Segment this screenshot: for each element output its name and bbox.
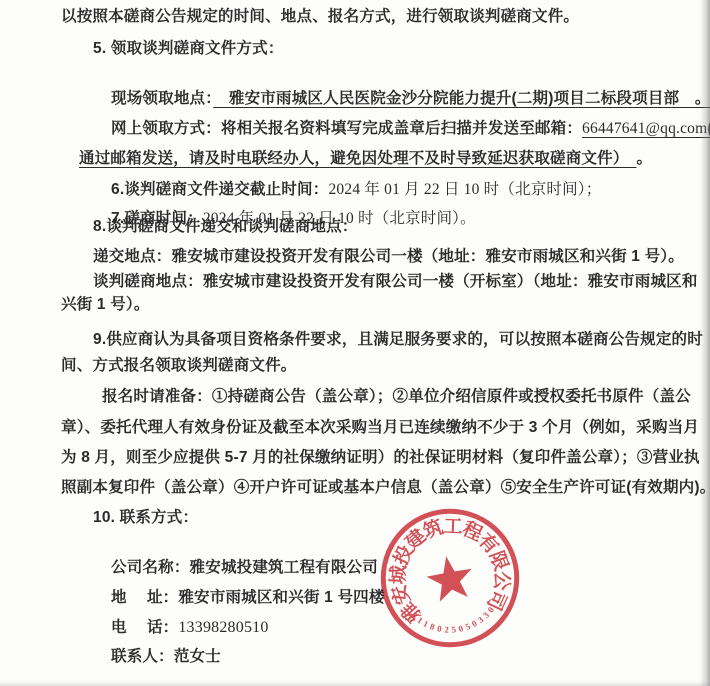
negotiation-location-line1: 谈判磋商地点：雅安城市建设投资开发有限公司一楼（开标室）（地址：雅安市雨城区和 (93, 271, 698, 292)
online-note-period: 。 (636, 150, 652, 167)
item5-heading: 5. 领取谈判磋商文件方式： (93, 38, 284, 59)
document-page: 以按照本磋商公告规定的时间、地点、报名方式，进行领取谈判磋商文件。 5. 领取谈… (0, 0, 710, 686)
negotiation-location-line2: 兴街 1 号）。 (61, 294, 150, 315)
item9-line1: 9.供应商认为具备项目资格条件要求，且满足服务要求的，可以按照本磋商公告规定的时 (93, 329, 703, 350)
seal-number: 5118025050330 (408, 596, 501, 642)
intro-line: 以按照本磋商公告规定的时间、地点、报名方式，进行领取谈判磋商文件。 (61, 6, 579, 27)
contact-person-value: 范女士 (174, 648, 221, 665)
prepare-line4: 照副本复印件（盖公章）④开户许可证或基本户信息（盖公章）⑤安全生产许可证(有效期… (61, 477, 710, 498)
item10-heading: 10. 联系方式： (93, 507, 198, 528)
contact-person-line: 联系人：范女士 (93, 625, 221, 686)
item8-heading: 8.谈判磋商文件递交和谈判磋商地点： (93, 216, 358, 237)
seal-company-text: 雅安城投建筑工程有限公司 (379, 504, 520, 633)
seal-ring (379, 502, 521, 654)
prepare-line3: 为 8 月，则至少应提供 5-7 月的社保缴纳证明）的社保证明材料（复印件盖公章… (61, 447, 700, 468)
scan-edge-shadow-bottom (0, 681, 710, 686)
prepare-line2: 章）、委托代理人有效身份证及截至本次采购当月已连续缴纳不少于 3 个月（例如，采… (61, 417, 699, 438)
contact-person-label: 联系人： (111, 648, 174, 665)
delivery-location-line: 递交地点：雅安城市建设投资开发有限公司一楼（地址：雅安市雨城区和兴街 1 号）。 (93, 246, 684, 267)
scan-edge-shadow-right (700, 0, 710, 686)
prepare-line1: 报名时请准备：①持磋商公告（盖公章）；②单位介绍信原件或授权委托书原件（盖公 (102, 386, 691, 407)
svg-text:雅安城投建筑工程有限公司: 雅安城投建筑工程有限公司 (379, 504, 520, 633)
item9-line2: 间、方式报名领取谈判磋商文件。 (61, 355, 297, 376)
svg-text:5118025050330: 5118025050330 (408, 596, 501, 642)
company-seal: 雅安城投建筑工程有限公司 5118025050330 (379, 502, 521, 654)
star-icon (424, 552, 477, 603)
